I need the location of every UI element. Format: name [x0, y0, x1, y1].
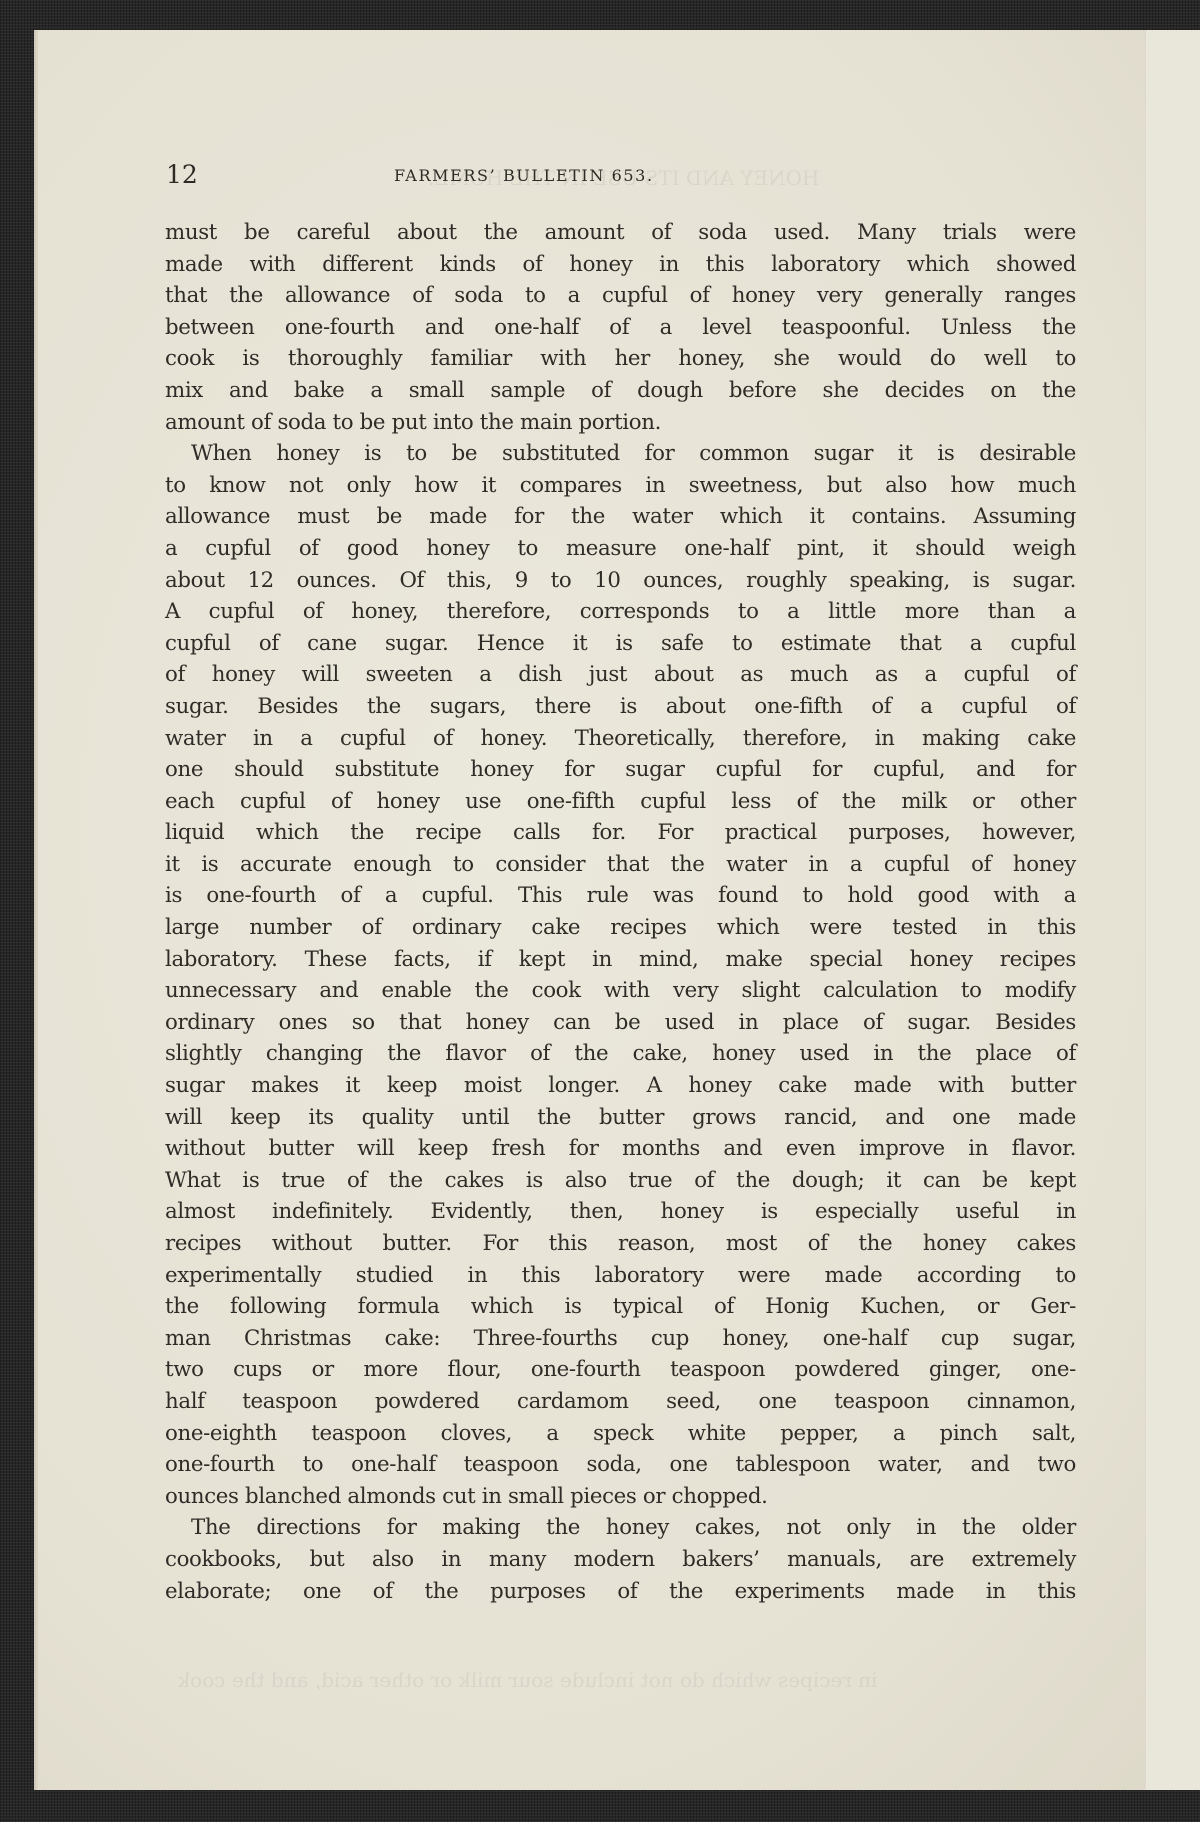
text-line: cupful of cane sugar. Hence it is safe t… — [165, 628, 1076, 660]
text-line: one should substitute honey for sugar cu… — [165, 754, 1076, 786]
text-line: must be careful about the amount of soda… — [165, 217, 1076, 249]
text-line: laboratory. These facts, if kept in mind… — [165, 944, 1076, 976]
text-line: elaborate; one of the purposes of the ex… — [165, 1576, 1076, 1608]
page-number: 12 — [166, 160, 198, 189]
text-line: to know not only how it compares in swee… — [165, 470, 1076, 502]
paragraph: must be careful about the amount of soda… — [165, 217, 1076, 438]
text-line: amount of soda to be put into the main p… — [165, 407, 1076, 439]
paragraph: When honey is to be substituted for comm… — [165, 438, 1076, 1512]
text-line: is one-fourth of a cupful. This rule was… — [165, 880, 1076, 912]
page-header: 12 FARMERS’ BULLETIN 653. — [166, 160, 1046, 196]
text-line: allowance must be made for the water whi… — [165, 501, 1076, 533]
text-line: ounces blanched almonds cut in small pie… — [165, 1481, 1076, 1513]
text-line: each cupful of honey use one-fifth cupfu… — [165, 786, 1076, 818]
text-line: unnecessary and enable the cook with ver… — [165, 975, 1076, 1007]
text-line: When honey is to be substituted for comm… — [165, 438, 1076, 470]
text-line: cookbooks, but also in many modern baker… — [165, 1544, 1076, 1576]
text-line: sugar. Besides the sugars, there is abou… — [165, 691, 1076, 723]
paragraph: The directions for making the honey cake… — [165, 1512, 1076, 1607]
adjacent-page-edge — [1147, 30, 1200, 1790]
text-line: mix and bake a small sample of dough bef… — [165, 375, 1076, 407]
text-line: large number of ordinary cake recipes wh… — [165, 912, 1076, 944]
text-line: two cups or more flour, one-fourth teasp… — [165, 1354, 1076, 1386]
text-line: between one-fourth and one-half of a lev… — [165, 312, 1076, 344]
text-line: a cupful of good honey to measure one-ha… — [165, 533, 1076, 565]
text-line: The directions for making the honey cake… — [165, 1512, 1076, 1544]
text-line: half teaspoon powdered cardamom seed, on… — [165, 1386, 1076, 1418]
text-line: of honey will sweeten a dish just about … — [165, 659, 1076, 691]
body-text: must be careful about the amount of soda… — [165, 217, 1076, 1607]
text-line: experimentally studied in this laborator… — [165, 1260, 1076, 1292]
text-line: ordinary ones so that honey can be used … — [165, 1007, 1076, 1039]
text-line: recipes without butter. For this reason,… — [165, 1228, 1076, 1260]
text-line: made with different kinds of honey in th… — [165, 249, 1076, 281]
text-line: will keep its quality until the butter g… — [165, 1102, 1076, 1134]
text-line: almost indefinitely. Evidently, then, ho… — [165, 1196, 1076, 1228]
text-line: one-eighth teaspoon cloves, a speck whit… — [165, 1418, 1076, 1450]
text-line: What is true of the cakes is also true o… — [165, 1165, 1076, 1197]
document-page: HONEY AND ITS USE IN THE HOME. in recipe… — [38, 30, 1200, 1790]
bleed-through-text: in recipes which do not include sour mil… — [178, 1668, 878, 1692]
text-line: man Christmas cake: Three-fourths cup ho… — [165, 1323, 1076, 1355]
text-line: the following formula which is typical o… — [165, 1291, 1076, 1323]
text-line: A cupful of honey, therefore, correspond… — [165, 596, 1076, 628]
text-line: one-fourth to one-half teaspoon soda, on… — [165, 1449, 1076, 1481]
text-line: without butter will keep fresh for month… — [165, 1133, 1076, 1165]
text-line: water in a cupful of honey. Theoreticall… — [165, 723, 1076, 755]
running-title: FARMERS’ BULLETIN 653. — [394, 166, 654, 185]
text-line: liquid which the recipe calls for. For p… — [165, 817, 1076, 849]
text-line: cook is thoroughly familiar with her hon… — [165, 343, 1076, 375]
text-line: slightly changing the flavor of the cake… — [165, 1038, 1076, 1070]
text-line: that the allowance of soda to a cupful o… — [165, 280, 1076, 312]
text-line: about 12 ounces. Of this, 9 to 10 ounces… — [165, 565, 1076, 597]
text-line: it is accurate enough to consider that t… — [165, 849, 1076, 881]
text-line: sugar makes it keep moist longer. A hone… — [165, 1070, 1076, 1102]
